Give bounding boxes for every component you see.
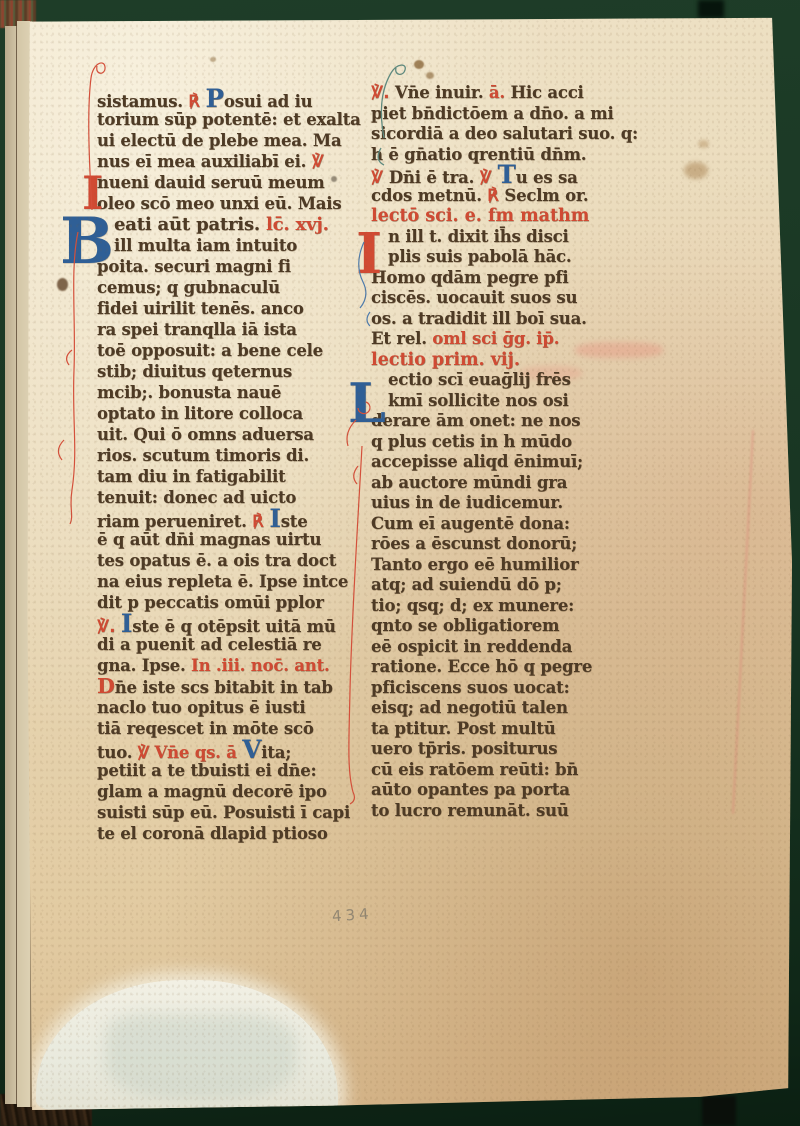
manuscript-line: mcib;. bonusta nauē (97, 382, 365, 403)
manuscript-text: ra spei tranqlla iā ista (97, 320, 297, 339)
manuscript-line: riam perueniret. ℟ Iste (97, 508, 365, 529)
manuscript-line: ℣. Iste ē q otēpsit uitā mū (97, 613, 365, 634)
text-column-right: ℣. Vn̄e inuir. ā. Hic accipiet bn̄dictōe… (371, 83, 671, 821)
manuscript-line: n ill t. dixit ih̄s disci (371, 227, 671, 248)
manuscript-text: oleo scō meo unxi eū. Mais (97, 194, 341, 213)
manuscript-line: gna. Ipse. In .iii. noc̄. ant. (97, 655, 365, 676)
manuscript-line: ℣. Vn̄e inuir. ā. Hic acci (371, 83, 671, 104)
stain (414, 60, 424, 69)
manuscript-line: ectio scī euaḡlij frēs (371, 370, 671, 391)
stain (684, 162, 708, 179)
text-column-left: sistamus. ℟ Posui ad iutorium sūp potent… (97, 88, 365, 844)
manuscript-text: ectio scī euaḡlij frēs (388, 370, 571, 389)
manuscript-text: Dn̄i ē tra. (389, 168, 480, 187)
manuscript-line: tio; qsq; d; ex munere: (371, 596, 671, 617)
manuscript-text: suisti sūp eū. Posuisti ī capi (97, 803, 350, 822)
manuscript-page: sistamus. ℟ Posui ad iutorium sūp potent… (26, 14, 792, 1110)
manuscript-text: stib; diuitus qeternus (97, 362, 292, 381)
manuscript-text: n̄e iste scs bitabit in tab (115, 678, 333, 697)
manuscript-text: optato in litore colloca (97, 404, 303, 423)
manuscript-text: pficiscens suos uocat: (371, 678, 569, 697)
manuscript-text: derare ām onet: ne nos (371, 411, 580, 430)
manuscript-line: dit p peccatis omūi pplor (97, 592, 365, 613)
manuscript-text: Hic acci (511, 83, 584, 102)
manuscript-line: nus eī mea auxiliabī ei. ℣ (97, 151, 365, 172)
manuscript-text: eati aūt patris. (114, 214, 266, 235)
manuscript-text: cemus; q gubnaculū (97, 278, 280, 297)
manuscript-line: Tanto ergo eē humilior (371, 555, 671, 576)
manuscript-line: cdos metnū. ℟ Seclm or. (371, 186, 671, 207)
manuscript-line: Et rel. oml sci ḡg. ip̄. (371, 329, 671, 350)
manuscript-line: cemus; q gubnaculū (97, 277, 365, 298)
rubric-text: ℣ (480, 168, 498, 187)
manuscript-line: piet bn̄dictōem a dn̄o. a mi (371, 104, 671, 125)
stain (426, 72, 434, 79)
manuscript-line: nueni dauid seruū meum (97, 172, 365, 193)
manuscript-line: ra spei tranqlla iā ista (97, 319, 365, 340)
manuscript-text: ui electū de plebe mea. Ma (97, 131, 341, 150)
manuscript-text: Cum eī augentē dona: (371, 514, 570, 533)
manuscript-line: lectio prim. vij. (371, 350, 671, 371)
rubric-text: oml sci ḡg. ip̄. (432, 329, 559, 348)
manuscript-line: rōes a ēscunst donorū; (371, 534, 671, 555)
manuscript-text: poita. securi magni fi (97, 257, 291, 276)
initial-i-red: I (356, 226, 382, 282)
manuscript-line: to lucro remunāt. suū (371, 801, 671, 822)
rubric-text: ā. (489, 83, 511, 102)
manuscript-line: atq; ad suiendū dō p; (371, 575, 671, 596)
manuscript-line: ab auctore mūndi gra (371, 473, 671, 494)
manuscript-line: sistamus. ℟ Posui ad iu (97, 88, 365, 109)
manuscript-line: tam diu in fatigabilit (97, 466, 365, 487)
manuscript-line: uit. Qui ō omns aduersa (97, 424, 365, 445)
manuscript-line: Homo qdām pegre pfi (371, 268, 671, 289)
manuscript-line: ratione. Ecce hō q pegre (371, 657, 671, 678)
manuscript-text: kmī sollicite nos osi (388, 391, 569, 410)
manuscript-line: Dn̄e iste scs bitabit in tab (97, 676, 365, 697)
manuscript-text: to lucro remunāt. suū (371, 801, 569, 820)
rubric-text: In .iii. noc̄. ant. (191, 656, 330, 675)
manuscript-line: eati aūt patris. lc̄. xvj. (97, 214, 365, 235)
manuscript-line: sicordiā a deo salutari suo. q: (371, 124, 671, 145)
rubric-text: ℣ (371, 168, 389, 187)
manuscript-line: tes opatus ē. a ois tra doct (97, 550, 365, 571)
manuscript-line: na eius repleta ē. Ipse intce (97, 571, 365, 592)
manuscript-text: ciscēs. uocauit suos su (371, 288, 577, 307)
manuscript-line: Cum eī augentē dona: (371, 514, 671, 535)
manuscript-text: toē opposuit: a bene cele (97, 341, 323, 360)
manuscript-text: h ē gn̄atio qrentiū dn̄m. (371, 145, 586, 164)
manuscript-line: h ē gn̄atio qrentiū dn̄m. (371, 145, 671, 166)
manuscript-line: tuo. ℣ Vn̄e qs. ā Vita; (97, 739, 365, 760)
manuscript-text: tes opatus ē. a ois tra doct (97, 551, 336, 570)
manuscript-line: ē q aūt dn̄i magnas uirtu (97, 529, 365, 550)
manuscript-text: Seclm or. (504, 186, 588, 205)
rubric-text: lectō sci. e. fm mathm (371, 206, 589, 226)
manuscript-text: Homo qdām pegre pfi (371, 268, 568, 287)
rubric-text: ℟ (487, 186, 504, 205)
manuscript-text: piet bn̄dictōem a dn̄o. a mi (371, 104, 614, 123)
manuscript-line: cū eis ratōem reūti: bn̄ (371, 760, 671, 781)
manuscript-text: n ill t. dixit ih̄s disci (388, 227, 569, 246)
repair-patch-core (106, 1014, 296, 1100)
stain (210, 57, 216, 62)
initial-b-blue: B (60, 210, 114, 274)
manuscript-photo: { "folio": { "number": "434" }, "colors"… (0, 0, 800, 1126)
manuscript-text: te el coronā dlapid ptioso (97, 824, 328, 843)
manuscript-text: qnto se obligatiorem (371, 616, 559, 635)
rubric-text: D (97, 674, 115, 698)
manuscript-text: petiit a te tbuisti ei dn̄e: (97, 761, 316, 780)
manuscript-text: tio; qsq; d; ex munere: (371, 596, 574, 615)
manuscript-text: cdos metnū. (371, 186, 487, 205)
manuscript-line: te el coronā dlapid ptioso (97, 823, 365, 844)
manuscript-line: poita. securi magni fi (97, 256, 365, 277)
manuscript-line: torium sūp potentē: et exalta (97, 109, 365, 130)
manuscript-text: tenuit: donec ad uicto (97, 488, 296, 507)
manuscript-line: derare ām onet: ne nos (371, 411, 671, 432)
manuscript-line: uero tp̄ris. positurus (371, 739, 671, 760)
manuscript-line: ta ptitur. Post multū (371, 719, 671, 740)
initial-l-blue: L (348, 376, 386, 430)
rubric-text: ℣. (371, 83, 395, 102)
rubric-text: lectio prim. vij. (371, 350, 520, 370)
manuscript-text: atq; ad suiendū dō p; (371, 575, 562, 594)
manuscript-line: naclo tuo opitus ē iusti (97, 697, 365, 718)
manuscript-text: nus eī mea auxiliabī ei. (97, 152, 312, 171)
manuscript-text: ratione. Ecce hō q pegre (371, 657, 592, 676)
manuscript-text: fidei uirilit tenēs. anco (97, 299, 304, 318)
manuscript-line: ui electū de plebe mea. Ma (97, 130, 365, 151)
repair-patch (36, 980, 338, 1112)
manuscript-line: lectō sci. e. fm mathm (371, 206, 671, 227)
manuscript-text: nueni dauid seruū meum (97, 173, 325, 192)
manuscript-text: Vn̄e inuir. (395, 83, 489, 102)
manuscript-text: glam a magnū decorē ipo (97, 782, 327, 801)
manuscript-text: rōes a ēscunst donorū; (371, 534, 577, 553)
manuscript-text: Tanto ergo eē humilior (371, 555, 579, 574)
penwork-flourish-left-hooks (58, 350, 72, 460)
manuscript-line: pficiscens suos uocat: (371, 678, 671, 699)
manuscript-text: ill multa iam intuito (114, 236, 297, 255)
manuscript-line: petiit a te tbuisti ei dn̄e: (97, 760, 365, 781)
manuscript-line: eē ospicit in reddenda (371, 637, 671, 658)
manuscript-line: toē opposuit: a bene cele (97, 340, 365, 361)
manuscript-text: rios. scutum timoris di. (97, 446, 309, 465)
background-shadow (698, 0, 724, 18)
manuscript-line: ciscēs. uocauit suos su (371, 288, 671, 309)
manuscript-line: optato in litore colloca (97, 403, 365, 424)
manuscript-line: qnto se obligatiorem (371, 616, 671, 637)
manuscript-text: di a puenit ad celestiā re (97, 635, 322, 654)
manuscript-text: torium sūp potentē: et exalta (97, 110, 361, 129)
manuscript-text: tam diu in fatigabilit (97, 467, 286, 486)
manuscript-text: uit. Qui ō omns aduersa (97, 425, 314, 444)
manuscript-text: ta ptitur. Post multū (371, 719, 556, 738)
manuscript-text: cū eis ratōem reūti: bn̄ (371, 760, 578, 779)
manuscript-text: mcib;. bonusta nauē (97, 383, 281, 402)
manuscript-text: u es sa (516, 168, 578, 187)
manuscript-line: eisq; ad negotiū talen (371, 698, 671, 719)
manuscript-line: kmī sollicite nos osi (371, 391, 671, 412)
manuscript-text: eē ospicit in reddenda (371, 637, 572, 656)
manuscript-text: ab auctore mūndi gra (371, 473, 567, 492)
manuscript-text: accepisse aliqd ēnimuī; (371, 452, 583, 471)
manuscript-line: tenuit: donec ad uicto (97, 487, 365, 508)
manuscript-line: tiā reqescet in mōte scō (97, 718, 365, 739)
manuscript-line: suisti sūp eū. Posuisti ī capi (97, 802, 365, 823)
manuscript-text: ē q aūt dn̄i magnas uirtu (97, 530, 321, 549)
ink-blot (57, 278, 68, 291)
manuscript-line: stib; diuitus qeternus (97, 361, 365, 382)
manuscript-line: ℣ Dn̄i ē tra. ℣ Tu es sa (371, 165, 671, 186)
manuscript-text: naclo tuo opitus ē iusti (97, 698, 305, 717)
manuscript-line: aūto opantes pa porta (371, 780, 671, 801)
manuscript-line: oleo scō meo unxi eū. Mais (97, 193, 365, 214)
stain (698, 140, 709, 148)
manuscript-line: fidei uirilit tenēs. anco (97, 298, 365, 319)
manuscript-text: Et rel. (371, 329, 432, 348)
manuscript-line: di a puenit ad celestiā re (97, 634, 365, 655)
manuscript-line: accepisse aliqd ēnimuī; (371, 452, 671, 473)
manuscript-line: rios. scutum timoris di. (97, 445, 365, 466)
background-shadow (702, 1096, 736, 1126)
manuscript-line: os. a tradidit ill boī sua. (371, 309, 671, 330)
manuscript-line: q plus cetis in h mūdo (371, 432, 671, 453)
manuscript-text: uero tp̄ris. positurus (371, 739, 557, 758)
manuscript-line: uius in de iudicemur. (371, 493, 671, 514)
manuscript-text: sicordiā a deo salutari suo. q: (371, 124, 638, 143)
manuscript-text: os. a tradidit ill boī sua. (371, 309, 587, 328)
manuscript-line: plis suis pabolā hāc. (371, 247, 671, 268)
manuscript-text: uius in de iudicemur. (371, 493, 563, 512)
manuscript-line: ill multa iam intuito (97, 235, 365, 256)
manuscript-text: aūto opantes pa porta (371, 780, 570, 799)
manuscript-text: eisq; ad negotiū talen (371, 698, 568, 717)
manuscript-text: plis suis pabolā hāc. (388, 247, 571, 266)
manuscript-text: na eius repleta ē. Ipse intce (97, 572, 348, 591)
rubric-text: lc̄. xvj. (266, 214, 329, 235)
folio-number: 434 (331, 905, 373, 926)
rubric-text: ℣ (312, 152, 324, 171)
manuscript-text: tiā reqescet in mōte scō (97, 719, 314, 738)
manuscript-text: gna. Ipse. (97, 656, 191, 675)
manuscript-text: q plus cetis in h mūdo (371, 432, 572, 451)
manuscript-line: glam a magnū decorē ipo (97, 781, 365, 802)
parchment-crease (732, 430, 754, 814)
